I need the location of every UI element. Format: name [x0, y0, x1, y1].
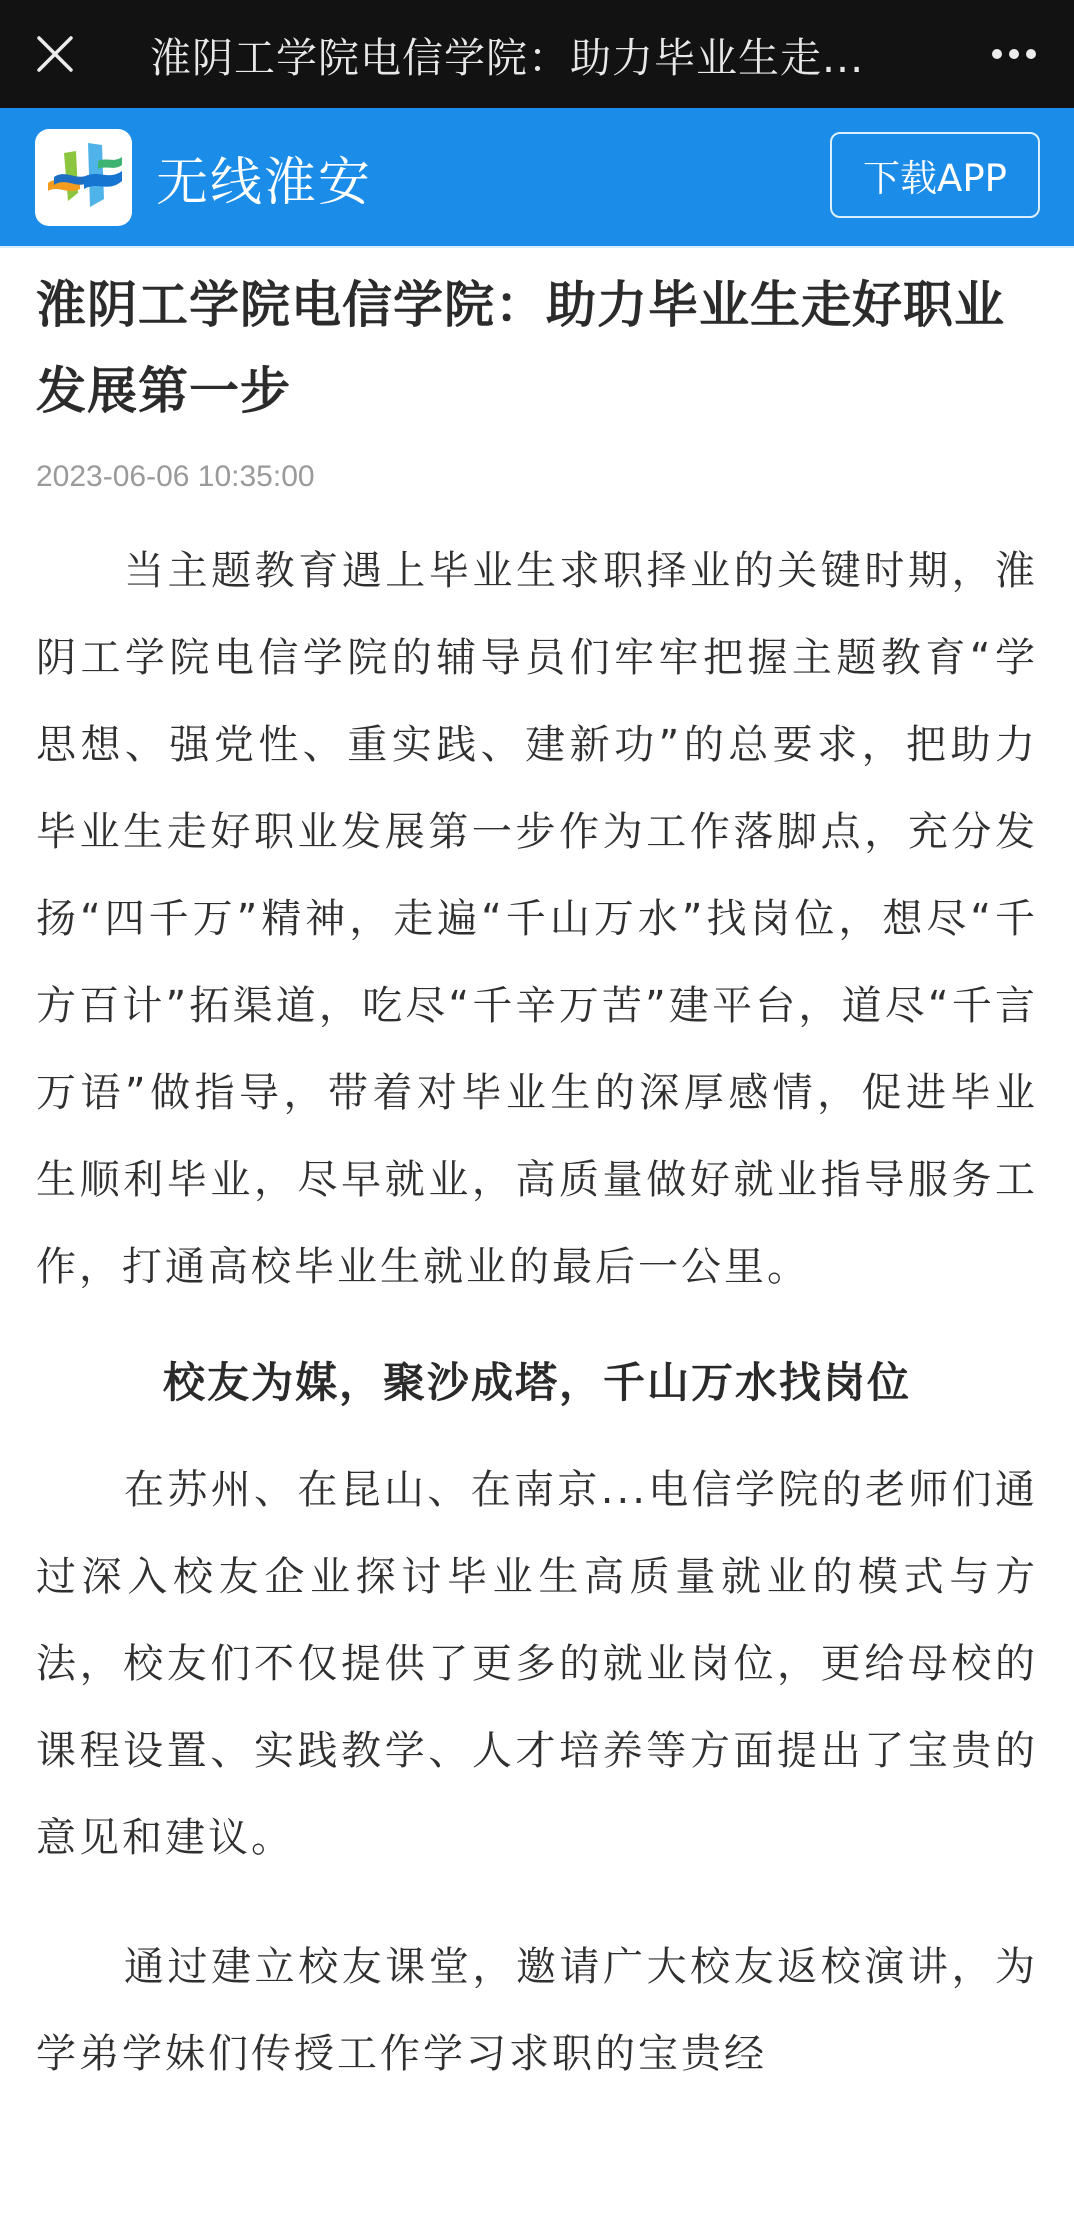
page-title-bar: 淮阴工学院电信学院：助力毕业生走...: [110, 25, 954, 84]
article-subheading: 校友为媒，聚沙成塔，千山万水找岗位: [36, 1353, 1038, 1413]
more-options-button[interactable]: [954, 0, 1074, 108]
app-download-banner: 无线淮安 下载APP: [0, 108, 1074, 248]
download-app-button[interactable]: 下载APP: [830, 132, 1040, 218]
close-button[interactable]: [0, 0, 110, 108]
browser-top-bar: 淮阴工学院电信学院：助力毕业生走...: [0, 0, 1074, 108]
app-name: 无线淮安: [156, 140, 372, 215]
more-dots-icon: [1009, 49, 1019, 59]
article-title: 淮阴工学院电信学院：助力毕业生走好职业发展第一步: [36, 262, 1038, 434]
article-paragraph: 在苏州、在昆山、在南京...电信学院的老师们通过深入校友企业探讨毕业生高质量就业…: [36, 1447, 1038, 1882]
wireless-huaian-logo-icon: [44, 141, 124, 213]
more-dots-icon: [992, 49, 1002, 59]
article-paragraph: 通过建立校友课堂，邀请广大校友返校演讲，为学弟学妹们传授工作学习求职的宝贵经: [36, 1924, 1038, 2098]
article-content: 淮阴工学院电信学院：助力毕业生走好职业发展第一步 2023-06-06 10:3…: [0, 262, 1074, 2098]
app-logo[interactable]: [35, 129, 132, 226]
article-date: 2023-06-06 10:35:00: [36, 460, 1038, 494]
more-dots-icon: [1026, 49, 1036, 59]
close-icon: [35, 34, 75, 74]
article-paragraph: 当主题教育遇上毕业生求职择业的关键时期，淮阴工学院电信学院的辅导员们牢牢把握主题…: [36, 528, 1038, 1311]
